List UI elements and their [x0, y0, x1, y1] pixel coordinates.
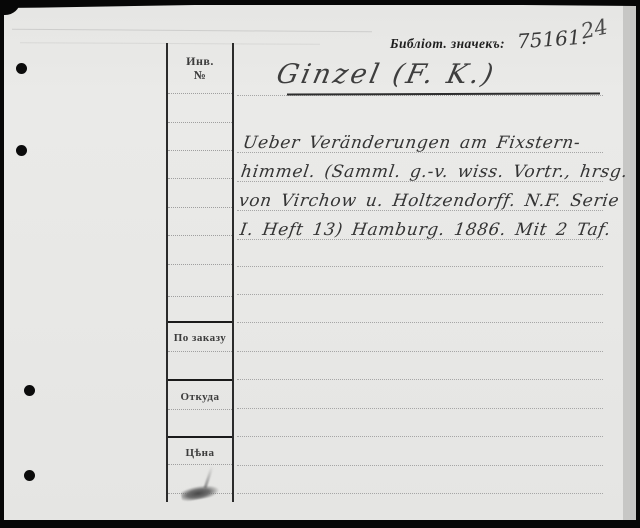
- column-section-divider: [168, 321, 232, 323]
- column-rule: [168, 264, 232, 265]
- column-rule: [168, 122, 232, 123]
- punch-hole: [16, 145, 27, 156]
- ruled-line: [237, 465, 603, 466]
- title-line-2: himmel. (Samml. g.-v. wiss. Vortr., hrsg…: [240, 162, 629, 182]
- column-rule: [168, 351, 232, 352]
- price-label: Цѣна: [168, 447, 232, 459]
- column-rule: [168, 235, 232, 236]
- origin-label: Откуда: [168, 391, 232, 403]
- column-section-divider: [168, 379, 232, 381]
- punch-hole: [16, 63, 27, 74]
- column-section-divider: [168, 436, 232, 438]
- inventory-number-label: Инв.: [168, 54, 232, 69]
- punch-hole: [24, 385, 35, 396]
- ruled-line: [237, 266, 603, 267]
- ruled-line: [237, 493, 603, 494]
- title-line-3: von Virchow u. Holtzendorff. N.F. Serie: [238, 191, 621, 211]
- ruled-line: [237, 408, 603, 409]
- column-vertical-line: [232, 43, 234, 502]
- library-mark-number: 75161.: [516, 25, 587, 54]
- punch-hole: [24, 470, 35, 481]
- column-vertical-line: [166, 43, 168, 502]
- title-line-4: I. Heft 13) Hamburg. 1886. Mit 2 Taf.: [239, 220, 613, 240]
- column-rule: [168, 93, 232, 94]
- library-mark-label: Библіот. значекъ:: [390, 36, 505, 52]
- inventory-number-sign: №: [168, 68, 232, 83]
- order-label: По заказу: [168, 332, 232, 344]
- ruled-line: [237, 322, 603, 323]
- column-rule: [168, 178, 232, 179]
- scanner-edge: [623, 5, 636, 520]
- ruled-line: [237, 351, 603, 352]
- ruled-line: [237, 436, 603, 437]
- author-name: Ginzel (F. K.): [274, 59, 499, 90]
- column-rule: [168, 207, 232, 208]
- ruled-line: [237, 379, 603, 380]
- column-rule: [168, 296, 232, 297]
- column-rule: [168, 409, 232, 410]
- title-line-1: Ueber Veränderungen am Fixstern-: [242, 133, 582, 153]
- ruled-line: [237, 294, 603, 295]
- column-rule: [168, 150, 232, 151]
- column-rule: [168, 464, 232, 465]
